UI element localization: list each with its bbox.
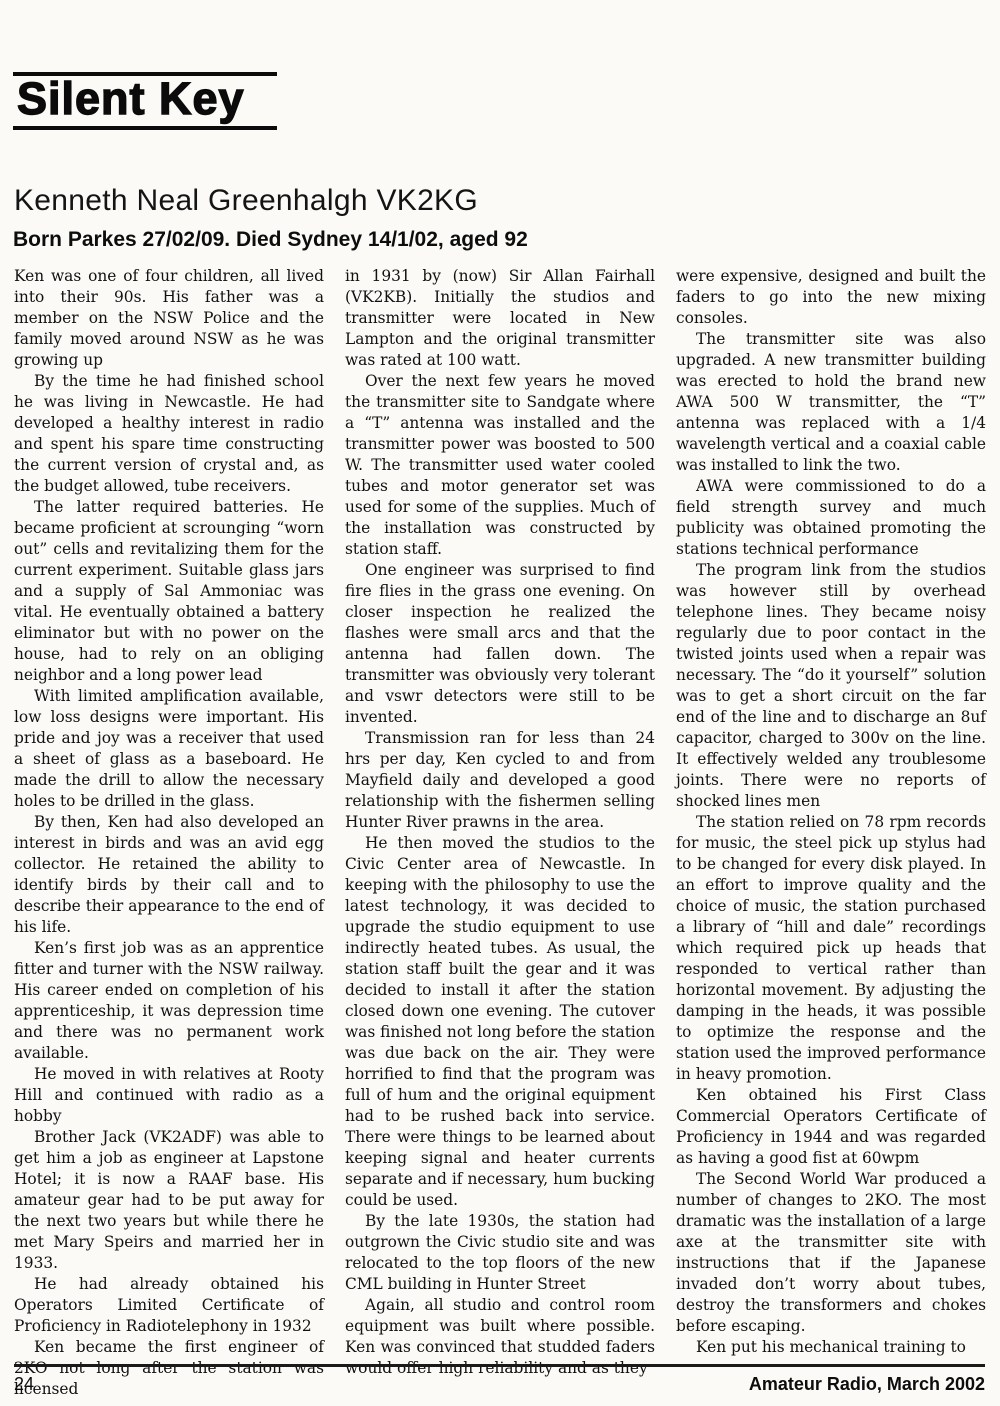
article-paragraph: By the late 1930s, the station had outgr… bbox=[345, 1211, 655, 1295]
article-paragraph: The program link from the studios was ho… bbox=[676, 560, 986, 812]
page-footer: 24 Amateur Radio, March 2002 bbox=[14, 1364, 985, 1395]
article-paragraph: Ken’s first job was as an apprentice fit… bbox=[14, 938, 324, 1064]
article-body: Ken was one of four children, all lived … bbox=[14, 266, 986, 1400]
article-paragraph: He had already obtained his Operators Li… bbox=[14, 1274, 324, 1337]
article-column-3: were expensive, designed and built the f… bbox=[676, 266, 986, 1400]
magazine-page: Silent Key Kenneth Neal Greenhalgh VK2KG… bbox=[0, 0, 1000, 1406]
article-subtitle: Born Parkes 27/02/09. Died Sydney 14/1/0… bbox=[13, 228, 528, 252]
article-paragraph: The latter required batteries. He became… bbox=[14, 497, 324, 686]
article-paragraph: With limited amplification available, lo… bbox=[14, 686, 324, 812]
article-paragraph: Over the next few years he moved the tra… bbox=[345, 371, 655, 560]
article-paragraph: in 1931 by (now) Sir Allan Fairhall (VK2… bbox=[345, 266, 655, 371]
article-paragraph: Ken put his mechanical training to bbox=[676, 1337, 986, 1358]
article-paragraph: were expensive, designed and built the f… bbox=[676, 266, 986, 329]
article-paragraph: He then moved the studios to the Civic C… bbox=[345, 833, 655, 1211]
article-paragraph: Ken was one of four children, all lived … bbox=[14, 266, 324, 371]
article-paragraph: The Second World War produced a number o… bbox=[676, 1169, 986, 1337]
article-column-2: in 1931 by (now) Sir Allan Fairhall (VK2… bbox=[345, 266, 655, 1400]
section-masthead: Silent Key bbox=[13, 72, 277, 130]
article-paragraph: Ken obtained his First Class Commercial … bbox=[676, 1085, 986, 1169]
article-column-1: Ken was one of four children, all lived … bbox=[14, 266, 324, 1400]
article-paragraph: One engineer was surprised to find fire … bbox=[345, 560, 655, 728]
article-paragraph: He moved in with relatives at Rooty Hill… bbox=[14, 1064, 324, 1127]
journal-name: Amateur Radio, March 2002 bbox=[749, 1374, 985, 1395]
page-number: 24 bbox=[14, 1374, 34, 1395]
article-paragraph: The station relied on 78 rpm records for… bbox=[676, 812, 986, 1085]
article-title: Kenneth Neal Greenhalgh VK2KG bbox=[14, 184, 478, 218]
article-paragraph: Transmission ran for less than 24 hrs pe… bbox=[345, 728, 655, 833]
article-paragraph: AWA were commissioned to do a field stre… bbox=[676, 476, 986, 560]
article-paragraph: By then, Ken had also developed an inter… bbox=[14, 812, 324, 938]
article-paragraph: The transmitter site was also upgraded. … bbox=[676, 329, 986, 476]
article-paragraph: By the time he had finished school he wa… bbox=[14, 371, 324, 497]
article-paragraph: Brother Jack (VK2ADF) was able to get hi… bbox=[14, 1127, 324, 1274]
section-title: Silent Key bbox=[17, 73, 245, 124]
